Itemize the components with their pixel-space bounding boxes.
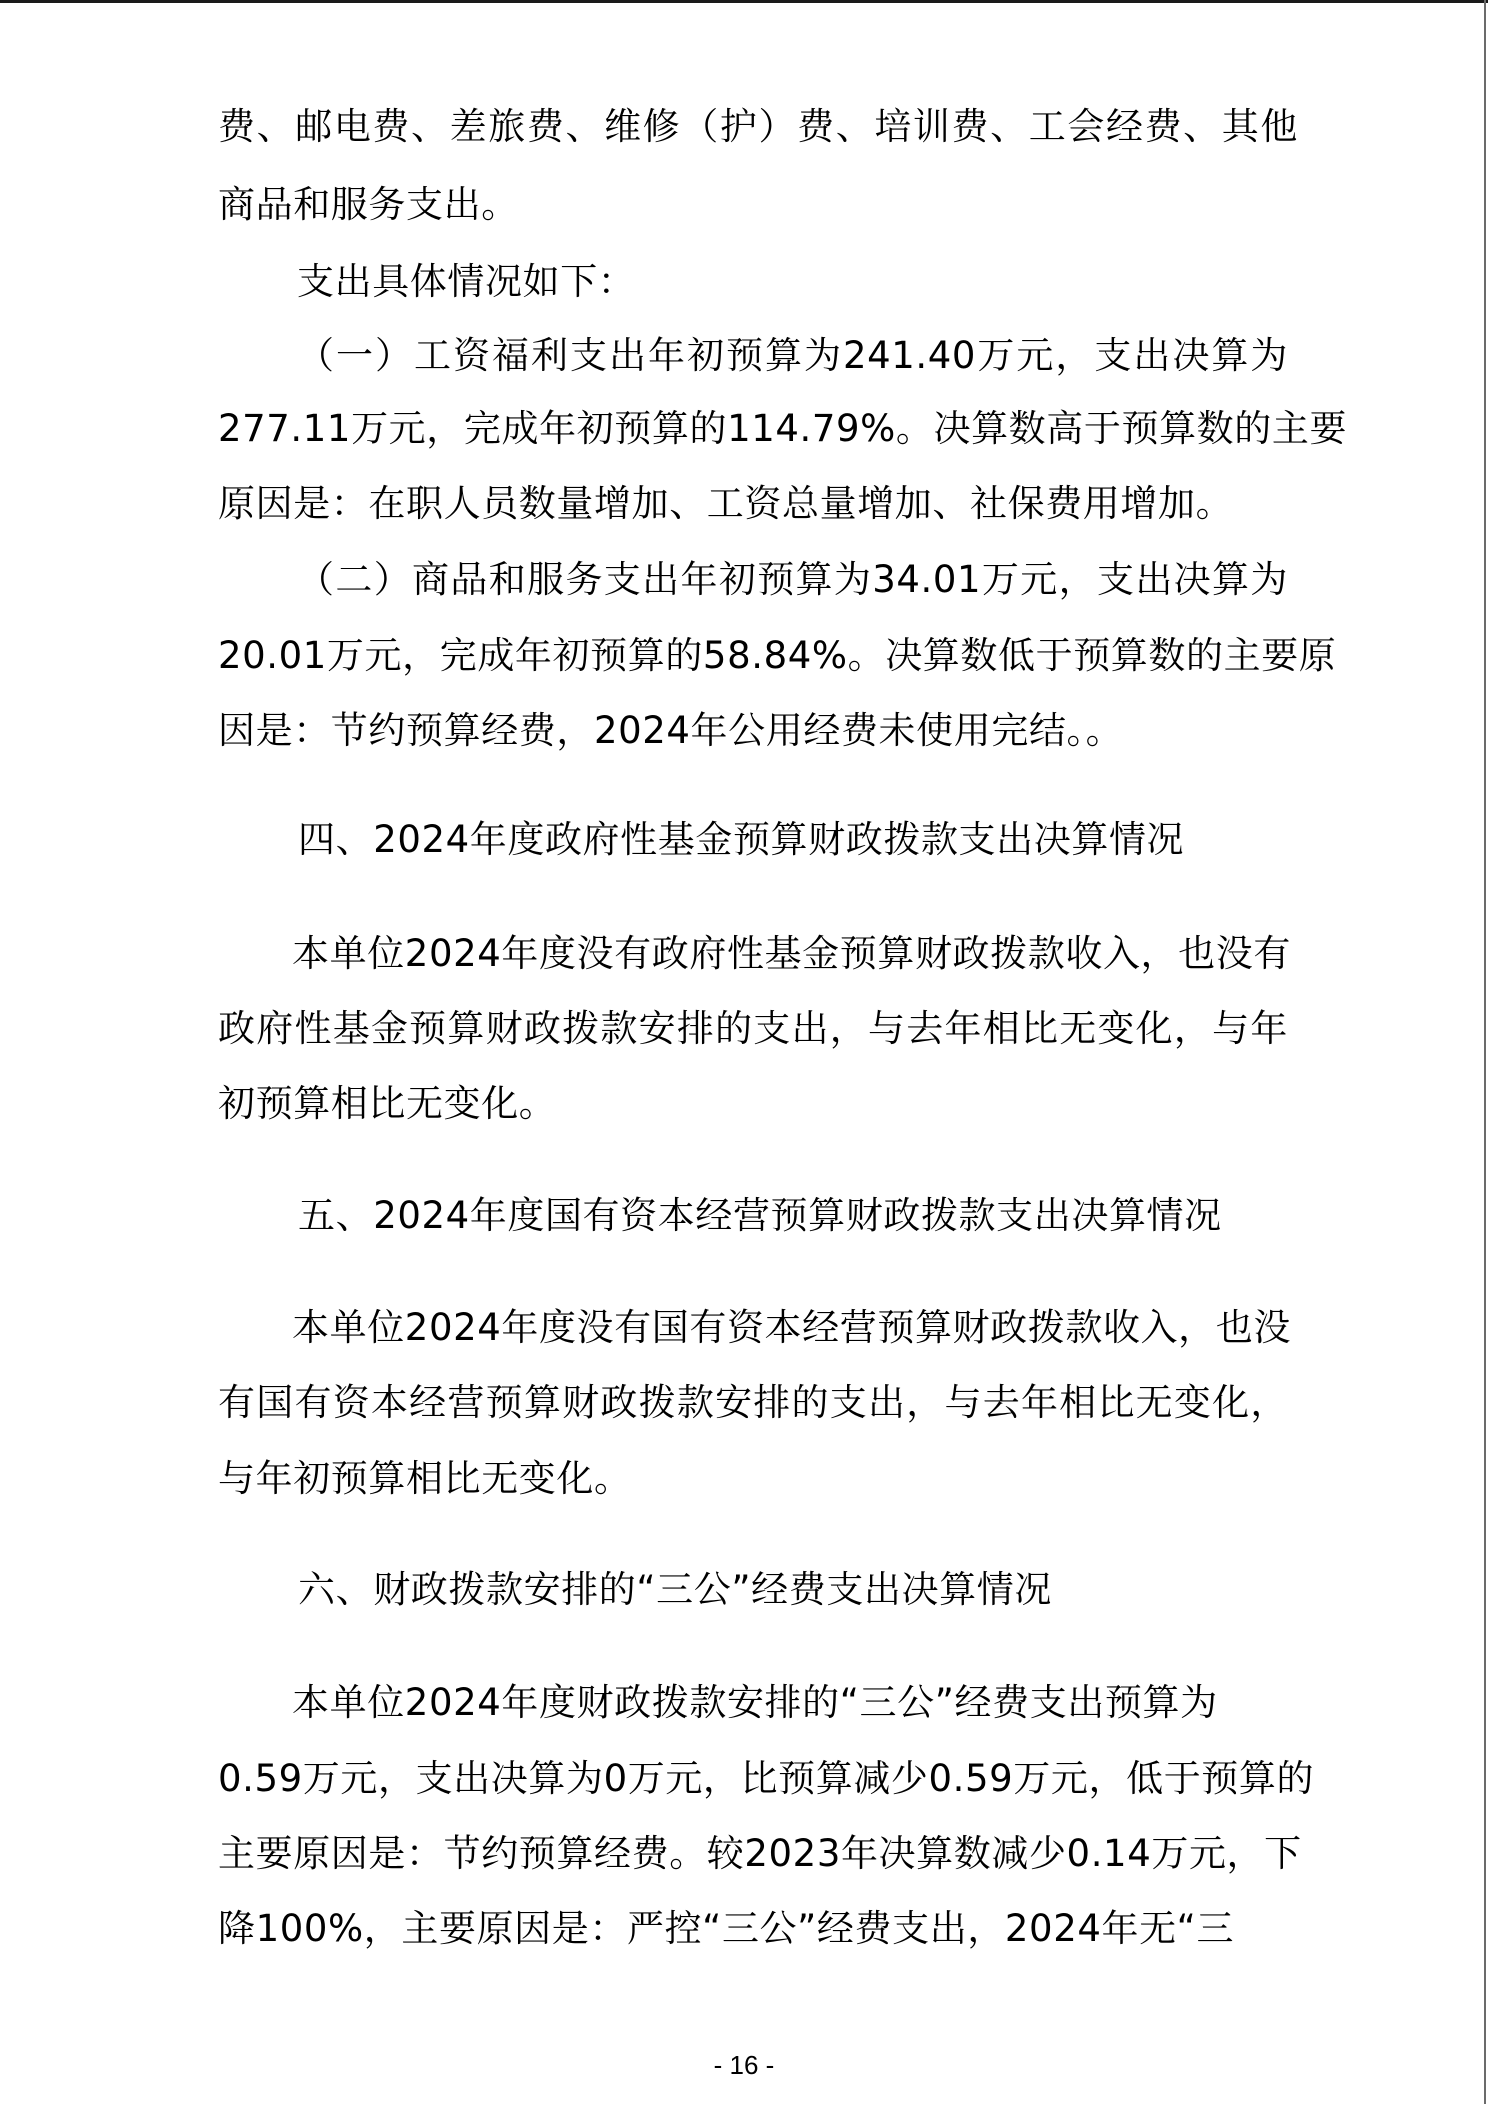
text-line: 主要原因是：节约预算经费。较2023年决算数减少0.14万元，下 xyxy=(218,1832,1288,1876)
paragraph-item-1: （一）工资福利支出年初预算为241.40万元，支出决算为 xyxy=(297,334,1288,378)
document-page: 费、邮电费、差旅费、维修（护）费、培训费、工会经费、其他 商品和服务支出。 支出… xyxy=(0,0,1488,2104)
text-line: 商品和服务支出。 xyxy=(218,183,1298,227)
paragraph-intro: 支出具体情况如下： xyxy=(297,260,1297,304)
right-border-line xyxy=(1484,0,1486,2104)
text-line: 因是：节约预算经费，2024年公用经费未使用完结。。 xyxy=(218,709,1298,753)
section-heading-4: 四、2024年度政府性基金预算财政拨款支出决算情况 xyxy=(298,818,1184,862)
text-line: 0.59万元，支出决算为0万元，比预算减少0.59万元，低于预算的 xyxy=(218,1757,1288,1801)
text-line: 政府性基金预算财政拨款安排的支出，与去年相比无变化，与年 xyxy=(218,1007,1288,1051)
text-line: 与年初预算相比无变化。 xyxy=(218,1457,1298,1501)
text-line: 20.01万元，完成年初预算的58.84%。决算数低于预算数的主要原 xyxy=(218,634,1288,678)
text-line: 原因是：在职人员数量增加、工资总量增加、社保费用增加。 xyxy=(218,482,1298,526)
paragraph-item-2: （二）商品和服务支出年初预算为34.01万元，支出决算为 xyxy=(297,558,1288,602)
section-5-paragraph: 本单位2024年度没有国有资本经营预算财政拨款收入，也没 xyxy=(292,1306,1288,1350)
text-line: 费、邮电费、差旅费、维修（护）费、培训费、工会经费、其他 xyxy=(218,105,1298,149)
section-4-paragraph: 本单位2024年度没有政府性基金预算财政拨款收入，也没有 xyxy=(292,932,1288,976)
section-heading-5: 五、2024年度国有资本经营预算财政拨款支出决算情况 xyxy=(298,1194,1222,1238)
text-line: 降100%，主要原因是：严控“三公”经费支出，2024年无“三 xyxy=(218,1907,1298,1951)
page-number: - 16 - xyxy=(0,2050,1488,2080)
text-line: 初预算相比无变化。 xyxy=(218,1082,1298,1126)
text-line: 277.11万元，完成年初预算的114.79%。决算数高于预算数的主要 xyxy=(218,407,1288,451)
section-6-paragraph: 本单位2024年度财政拨款安排的“三公”经费支出预算为 xyxy=(292,1681,1292,1725)
text-line: 有国有资本经营预算财政拨款安排的支出，与去年相比无变化， xyxy=(218,1381,1288,1425)
section-heading-6: 六、财政拨款安排的“三公”经费支出决算情况 xyxy=(298,1568,1052,1612)
top-border-line xyxy=(0,0,1488,3)
